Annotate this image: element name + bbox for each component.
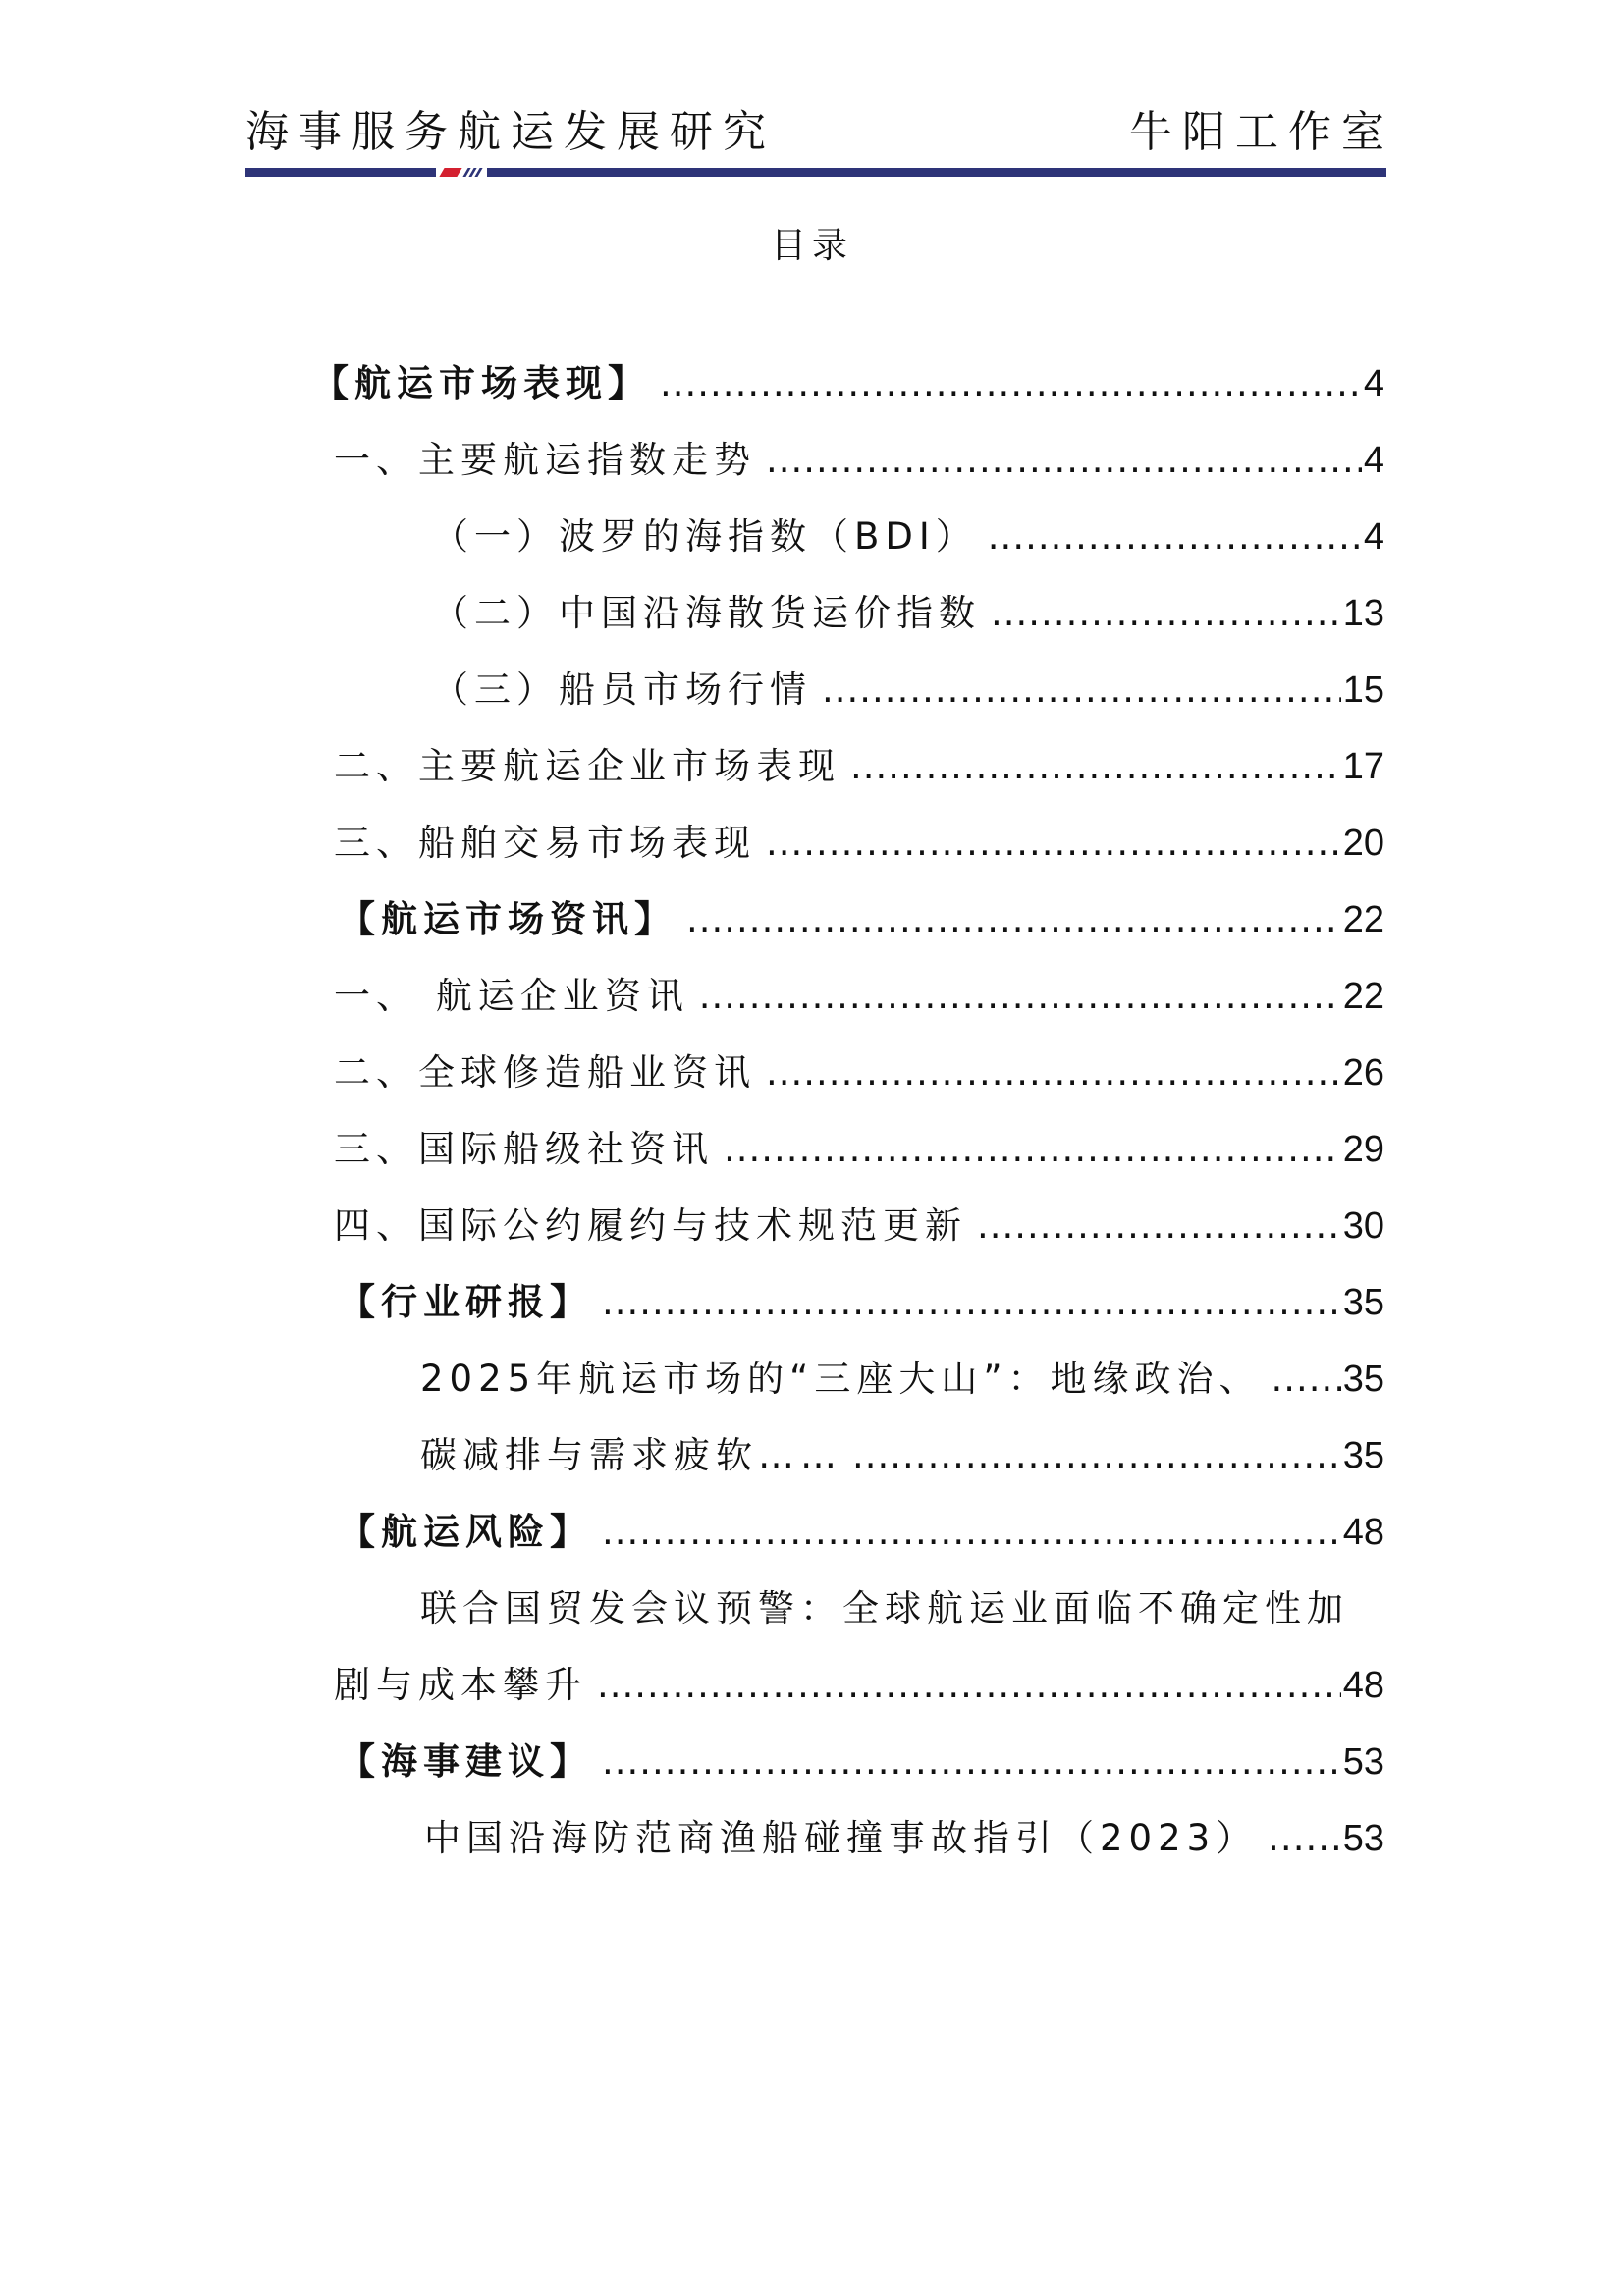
- toc-entry-page: 29: [1343, 1129, 1384, 1171]
- dot-leader: [602, 1740, 1341, 1783]
- dot-leader: [699, 975, 1341, 1017]
- dot-leader: [724, 1128, 1341, 1170]
- toc-entry-label: 2025年航运市场的“三座大山”：地缘政治、: [420, 1349, 1262, 1402]
- toc-entry[interactable]: 碳减排与需求疲软……35: [420, 1425, 1384, 1476]
- toc-entry-page: 22: [1343, 899, 1384, 941]
- dot-leader: [852, 1434, 1341, 1476]
- toc-entry[interactable]: 一、主要航运指数走势4: [334, 430, 1384, 481]
- toc-entry-page: 48: [1343, 1665, 1384, 1707]
- toc-entry[interactable]: 【航运市场表现】4: [312, 353, 1384, 404]
- page-header: 海事服务航运发展研究 牛阳工作室: [245, 96, 1384, 165]
- header-rule-divider: [245, 168, 1386, 177]
- toc-entry[interactable]: 【行业研报】35: [339, 1272, 1384, 1323]
- toc-entry[interactable]: 四、国际公约履约与技术规范更新30: [334, 1196, 1384, 1247]
- toc-entry-page: 4: [1364, 363, 1384, 405]
- toc-entry-label: 二、主要航运企业市场表现: [334, 736, 840, 789]
- dot-leader: [766, 822, 1341, 864]
- toc-entry[interactable]: 剧与成本攀升48: [334, 1655, 1384, 1706]
- toc-entry-page: 26: [1343, 1052, 1384, 1095]
- toc-entry-label: （一）波罗的海指数（BDI）: [432, 507, 978, 560]
- toc-entry-page: 53: [1343, 1818, 1384, 1860]
- dot-leader: [766, 439, 1362, 481]
- toc-entry-page: 22: [1343, 976, 1384, 1018]
- toc-entry-label: 【海事建议】: [339, 1732, 592, 1785]
- dot-leader: [686, 898, 1341, 940]
- header-title-left: 海事服务航运发展研究: [245, 96, 776, 159]
- toc-entry[interactable]: 一、 航运企业资讯22: [334, 966, 1384, 1017]
- toc-entry[interactable]: （一）波罗的海指数（BDI）4: [432, 507, 1384, 558]
- toc-entry-label: 【行业研报】: [339, 1272, 592, 1325]
- toc-entry[interactable]: 中国沿海防范商渔船碰撞事故指引（2023）53: [424, 1808, 1384, 1859]
- dot-leader: [822, 668, 1341, 711]
- dot-leader: [660, 362, 1362, 404]
- toc-entry-label: 【航运风险】: [339, 1502, 592, 1555]
- toc-entry-label: 三、船舶交易市场表现: [334, 813, 756, 866]
- toc-entry[interactable]: 三、船舶交易市场表现20: [334, 813, 1384, 864]
- header-title-right: 牛阳工作室: [1129, 96, 1394, 159]
- toc-entry-label: 碳减排与需求疲软……: [420, 1425, 842, 1478]
- dot-leader: [977, 1204, 1341, 1247]
- toc-entry[interactable]: 【海事建议】53: [339, 1732, 1384, 1783]
- toc-entry-label: 三、国际船级社资讯: [334, 1119, 714, 1172]
- toc-entry-label: （二）中国沿海散货运价指数: [432, 583, 981, 636]
- toc-entry[interactable]: 三、国际船级社资讯29: [334, 1119, 1384, 1170]
- toc-entry-page: 48: [1343, 1512, 1384, 1554]
- toc-entry-label: 【航运市场资讯】: [339, 889, 677, 942]
- toc-entry-page: 4: [1364, 516, 1384, 559]
- dot-leader: [991, 592, 1341, 634]
- toc-entry-page: 30: [1343, 1205, 1384, 1248]
- toc-entry-page: 20: [1343, 823, 1384, 865]
- dot-leader: [597, 1664, 1341, 1706]
- toc-entry[interactable]: 【航运风险】48: [339, 1502, 1384, 1553]
- toc-entry-label: （三）船员市场行情: [432, 660, 812, 713]
- toc-entry-page: 35: [1343, 1435, 1384, 1477]
- toc-entry[interactable]: 【航运市场资讯】22: [339, 889, 1384, 940]
- toc-entry-page: 15: [1343, 669, 1384, 712]
- dot-leader: [988, 515, 1362, 558]
- toc-entry-page: 53: [1343, 1741, 1384, 1784]
- toc-entry-label: 中国沿海防范商渔船碰撞事故指引（2023）: [424, 1808, 1258, 1861]
- toc-entry-label: 剧与成本攀升: [334, 1655, 587, 1708]
- toc-entry-page: 35: [1343, 1359, 1384, 1401]
- toc-entry-label: 四、国际公约履约与技术规范更新: [334, 1196, 967, 1249]
- toc-title: 目录: [0, 218, 1624, 268]
- dot-leader: [602, 1511, 1341, 1553]
- rule-accent-icon: [436, 167, 487, 178]
- toc-entry[interactable]: （二）中国沿海散货运价指数13: [432, 583, 1384, 634]
- toc-entry-page: 4: [1364, 440, 1384, 482]
- toc-entry[interactable]: 二、全球修造船业资讯26: [334, 1042, 1384, 1094]
- dot-leader: [1268, 1817, 1341, 1859]
- dot-leader: [1272, 1358, 1341, 1400]
- toc-entry[interactable]: 2025年航运市场的“三座大山”：地缘政治、35: [420, 1349, 1384, 1400]
- toc-entry-label: 二、全球修造船业资讯: [334, 1042, 756, 1095]
- toc-entry[interactable]: 二、主要航运企业市场表现17: [334, 736, 1384, 787]
- dot-leader: [766, 1051, 1341, 1094]
- toc-entry-wrapped-line[interactable]: 联合国贸发会议预警：全球航运业面临不确定性加: [420, 1578, 1349, 1631]
- toc-entry-page: 13: [1343, 593, 1384, 635]
- toc-entry-label: 一、 航运企业资讯: [334, 966, 689, 1019]
- toc-entry-label: 【航运市场表现】: [312, 353, 650, 406]
- toc-entry[interactable]: （三）船员市场行情15: [432, 660, 1384, 711]
- toc-entry-page: 35: [1343, 1282, 1384, 1324]
- toc-entry-label: 一、主要航运指数走势: [334, 430, 756, 483]
- dot-leader: [602, 1281, 1341, 1323]
- toc-entry-page: 17: [1343, 746, 1384, 788]
- dot-leader: [850, 745, 1341, 787]
